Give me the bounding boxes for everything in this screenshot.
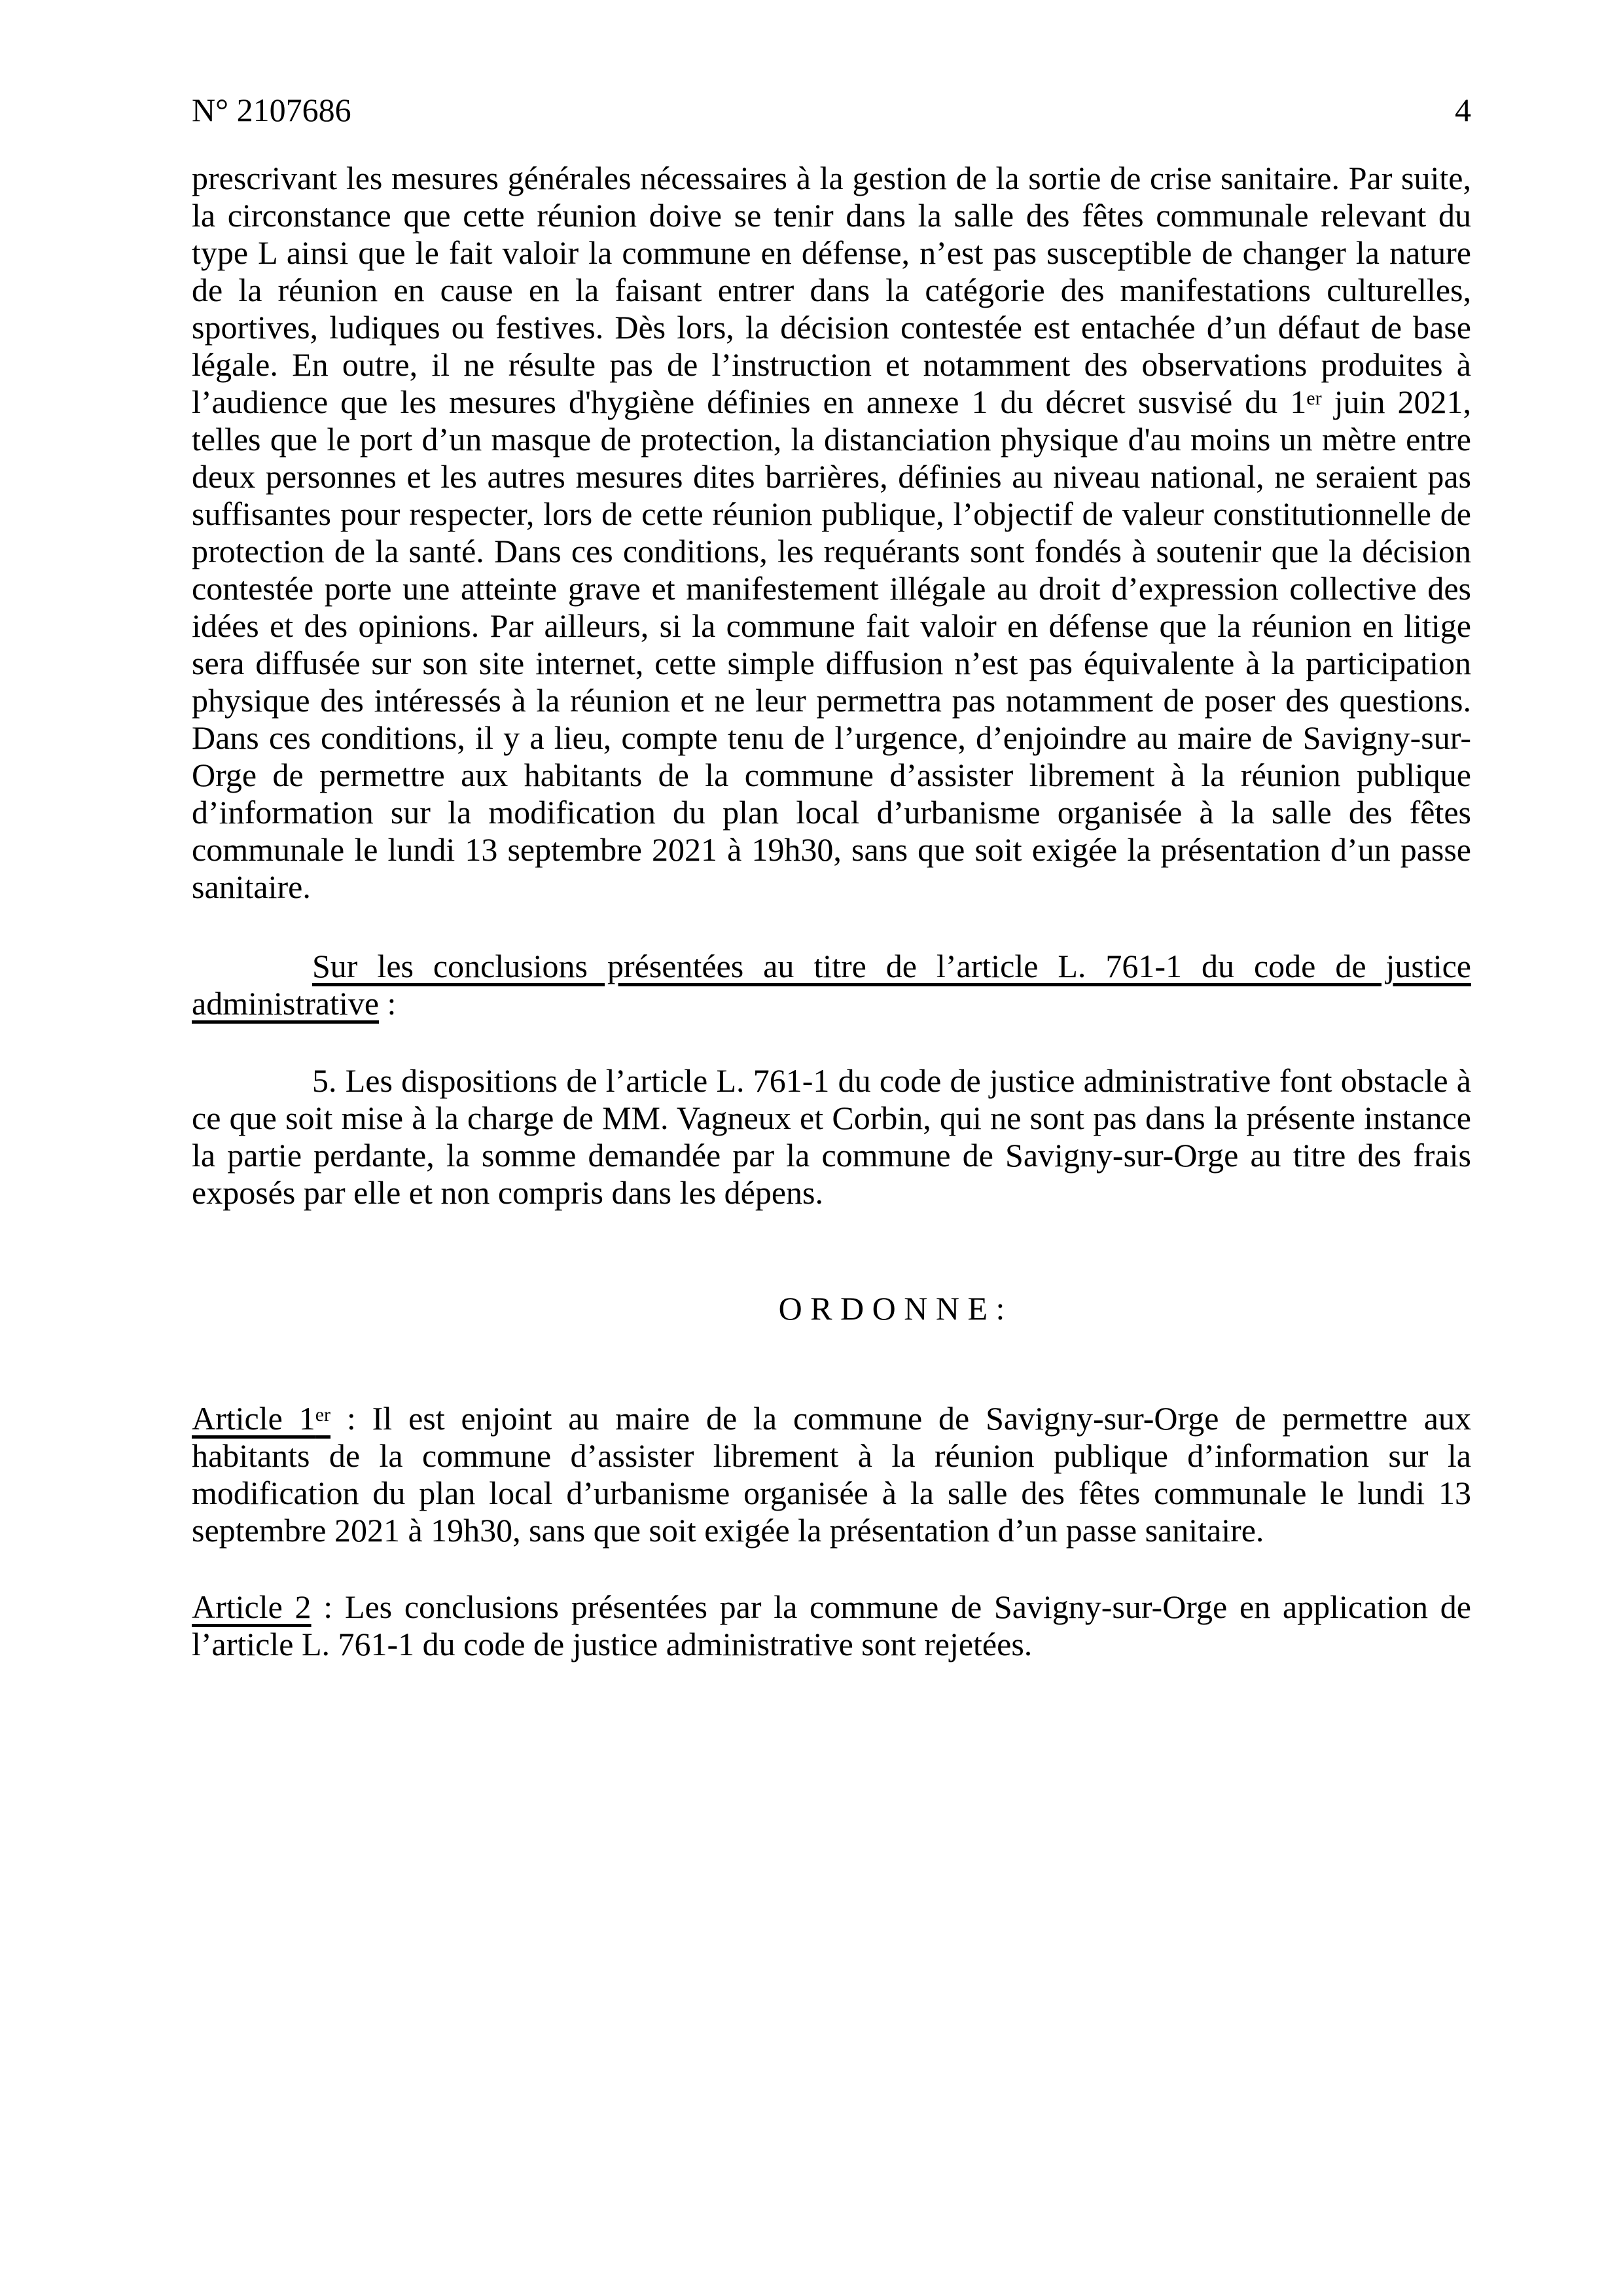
article-2-label: Article 2 [192,1588,312,1625]
case-number: N° 2107686 [192,92,351,129]
article-2-text: Les conclusions présentées par la commun… [192,1588,1471,1662]
article-1-label: Article 1er [192,1400,330,1437]
page-header: N° 2107686 4 [192,92,1471,129]
ordonne-heading: O R D O N N E : [192,1290,1471,1327]
body-paragraph-1: prescrivant les mesures générales nécess… [192,160,1471,906]
paragraph-5-text: 5. Les dispositions de l’article L. 761-… [192,1062,1471,1211]
article-1-paragraph: Article 1er : Il est enjoint au maire de… [192,1400,1471,1549]
superscript-er: er [1306,387,1321,409]
page-number: 4 [1455,92,1471,129]
body-paragraph-5: 5. Les dispositions de l’article L. 761-… [192,1062,1471,1211]
document-page: N° 2107686 4 prescrivant les mesures gén… [0,0,1623,2296]
paragraph-1-text-start: prescrivant les mesures générales nécess… [192,160,1471,420]
article-1-label-text: Article 1 [192,1400,315,1437]
section-heading-colon: : [379,985,396,1022]
section-heading: Sur les conclusions présentées au titre … [192,948,1471,1022]
paragraph-1-text-end: juin 2021, telles que le port d’un masqu… [192,384,1471,905]
article-1-text: Il est enjoint au maire de la commune de… [192,1400,1471,1549]
ordonne-text: O R D O N N E : [779,1290,1005,1327]
article-2-paragraph: Article 2 : Les conclusions présentées p… [192,1588,1471,1663]
article-1-label-superscript: er [315,1404,330,1426]
article-2-colon: : [312,1588,345,1625]
article-1-colon: : [330,1400,372,1437]
